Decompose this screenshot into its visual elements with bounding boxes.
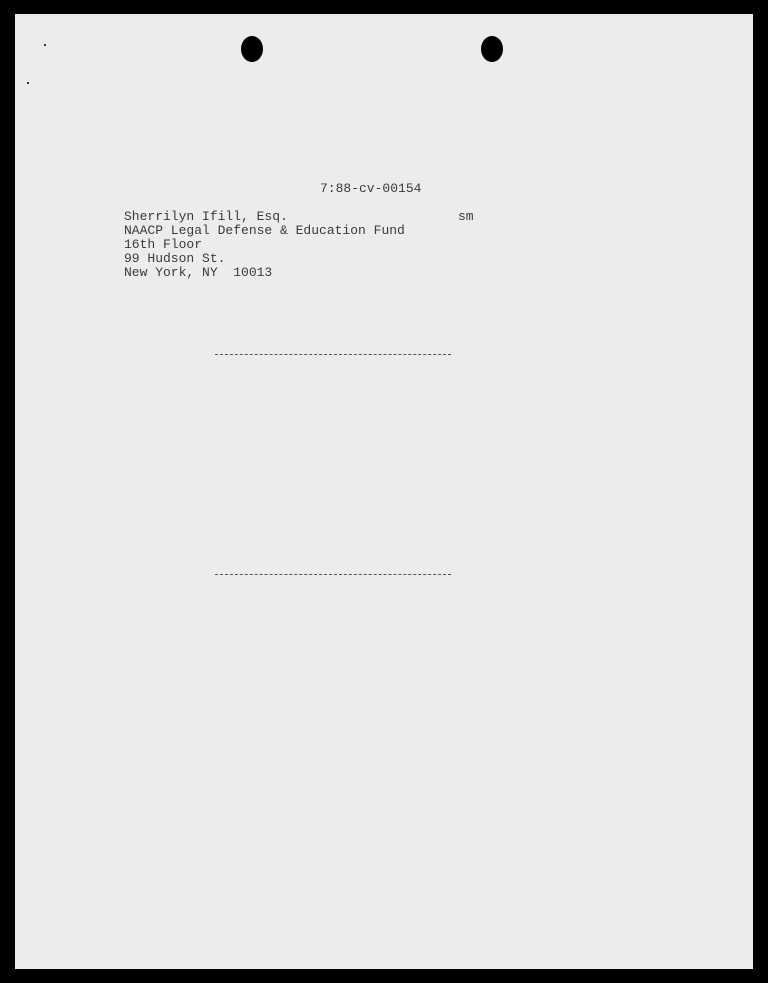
address-line-name: Sherrilyn Ifill, Esq.	[124, 210, 288, 224]
scanned-page: 7:88-cv-00154 sm Sherrilyn Ifill, Esq. N…	[15, 14, 753, 969]
initials: sm	[458, 210, 474, 224]
scan-speck	[27, 82, 29, 84]
case-number: 7:88-cv-00154	[320, 182, 421, 196]
address-line-floor: 16th Floor	[124, 238, 202, 252]
scan-speck	[44, 44, 46, 46]
address-line-organization: NAACP Legal Defense & Education Fund	[124, 224, 405, 238]
address-line-city: New York, NY 10013	[124, 266, 272, 280]
punch-hole-left	[241, 36, 263, 62]
dashed-separator-bottom	[215, 574, 451, 575]
dashed-separator-top	[215, 354, 451, 355]
address-line-street: 99 Hudson St.	[124, 252, 225, 266]
punch-hole-right	[481, 36, 503, 62]
